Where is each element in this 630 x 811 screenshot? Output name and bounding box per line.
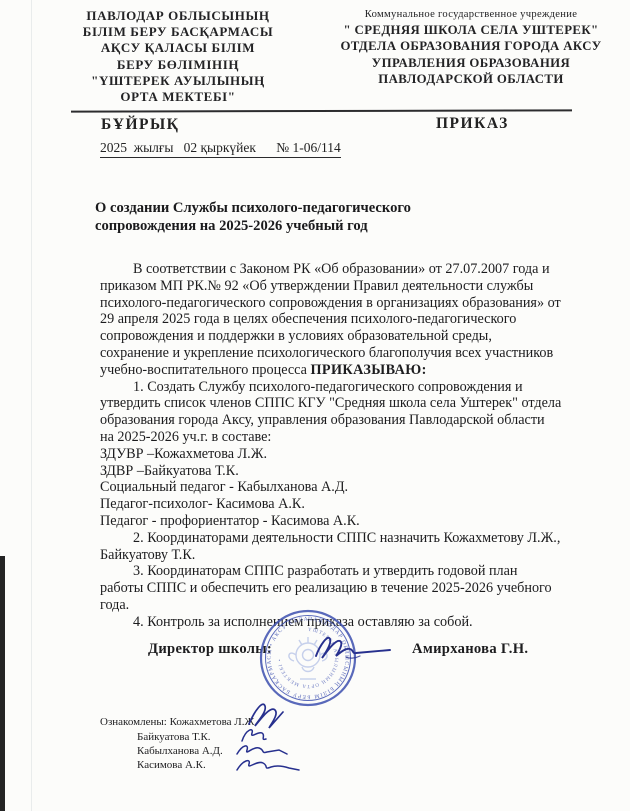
stamp-icon: ПАВЛОДАР ОБЛЫСЫНЫҢ БІЛІМ БЕРУ БАСҚАРМАСЫ… xyxy=(250,601,415,719)
order-body: В соответствии с Законом РК «Об образова… xyxy=(100,261,562,631)
org-ru-line: " СРЕДНЯЯ ШКОЛА СЕЛА УШТЕРЕК" xyxy=(322,22,620,38)
prikazyvayu-word: ПРИКАЗЫВАЮ: xyxy=(310,362,426,378)
org-ru-line: ОТДЕЛА ОБРАЗОВАНИЯ ГОРОДА АКСУ xyxy=(322,38,620,54)
date-number-line: 2025 жылғы 02 қыркүйек № 1-06/114 xyxy=(100,140,341,158)
paragraph-preamble: В соответствии с Законом РК «Об образова… xyxy=(100,261,562,379)
paragraph-item-1: 1. Создать Службу психолого-педагогическ… xyxy=(100,379,562,446)
acknowledgment-row: Кабылханова А.Д. xyxy=(137,745,223,758)
acknowledged-name: Кожахметова Л.Ж. xyxy=(170,716,258,728)
stamp-outer-ring xyxy=(261,611,355,705)
org-kk-line: "ҮШТЕРЕК АУЫЛЫНЫҢ xyxy=(52,73,304,89)
org-kk-line: АҚСУ ҚАЛАСЫ БІЛІМ xyxy=(52,40,304,56)
acknowledgment-row: Касимова А.К. xyxy=(137,759,206,772)
org-kk-line: ОРТА МЕКТЕБІ" xyxy=(52,89,304,105)
header-divider xyxy=(71,109,572,112)
acknowledgment-row: Байкуатова Т.К. xyxy=(137,731,211,744)
member-line: ЗДВР –Байкуатова Т.К. xyxy=(100,463,562,480)
order-title: О создании Службы психолого-педагогическ… xyxy=(95,199,525,235)
org-kk-line: БІЛІМ БЕРУ БАСҚАРМАСЫ xyxy=(52,24,304,40)
org-ru-line: ПАВЛОДАРСКОЙ ОБЛАСТИ xyxy=(322,71,620,87)
org-kk-line: ПАВЛОДАР ОБЛЫСЫНЫҢ xyxy=(52,8,304,24)
member-line: Педагог - профориентатор - Касимова А.К. xyxy=(100,513,562,530)
order-heading-kazakh: БҰЙРЫҚ xyxy=(101,116,179,134)
official-stamp: ПАВЛОДАР ОБЛЫСЫНЫҢ БІЛІМ БЕРУ БАСҚАРМАСЫ… xyxy=(250,601,415,719)
preamble-text: В соответствии с Законом РК «Об образова… xyxy=(100,261,561,378)
order-title-line: сопровождения на 2025-2026 учебный год xyxy=(95,217,525,235)
paper-edge-shadow xyxy=(31,0,32,811)
member-line: ЗДУВР –Кожахметова Л.Ж. xyxy=(100,446,562,463)
org-ru-type-line: Коммунальное государственное учреждение xyxy=(322,9,620,20)
org-kk-line: БЕРУ БӨЛІМІНІҢ xyxy=(52,57,304,73)
org-ru-line: УПРАВЛЕНИЯ ОБРАЗОВАНИЯ xyxy=(322,55,620,71)
member-line: Социальный педагог - Кабылханова А.Д. xyxy=(100,479,562,496)
signer-name: Амирханова Г.Н. xyxy=(412,641,528,658)
order-heading-russian: ПРИКАЗ xyxy=(436,115,509,133)
acknowledgment-row: Ознакомлены: Кожахметова Л.Ж. xyxy=(100,716,257,729)
paragraph-item-2: 2. Координаторами деятельности СППС назн… xyxy=(100,530,562,564)
order-title-line: О создании Службы психолого-педагогическ… xyxy=(95,199,525,217)
org-name-russian: Коммунальное государственное учреждение … xyxy=(322,9,620,88)
scan-border-strip xyxy=(0,556,5,811)
member-line: Педагог-психолог- Касимова А.К. xyxy=(100,496,562,513)
acknowledgment-signature xyxy=(233,740,297,760)
acknowledgment-signature xyxy=(233,754,307,778)
org-name-kazakh: ПАВЛОДАР ОБЛЫСЫНЫҢ БІЛІМ БЕРУ БАСҚАРМАСЫ… xyxy=(52,8,304,105)
acknowledgment-heading: Ознакомлены: xyxy=(100,716,167,728)
